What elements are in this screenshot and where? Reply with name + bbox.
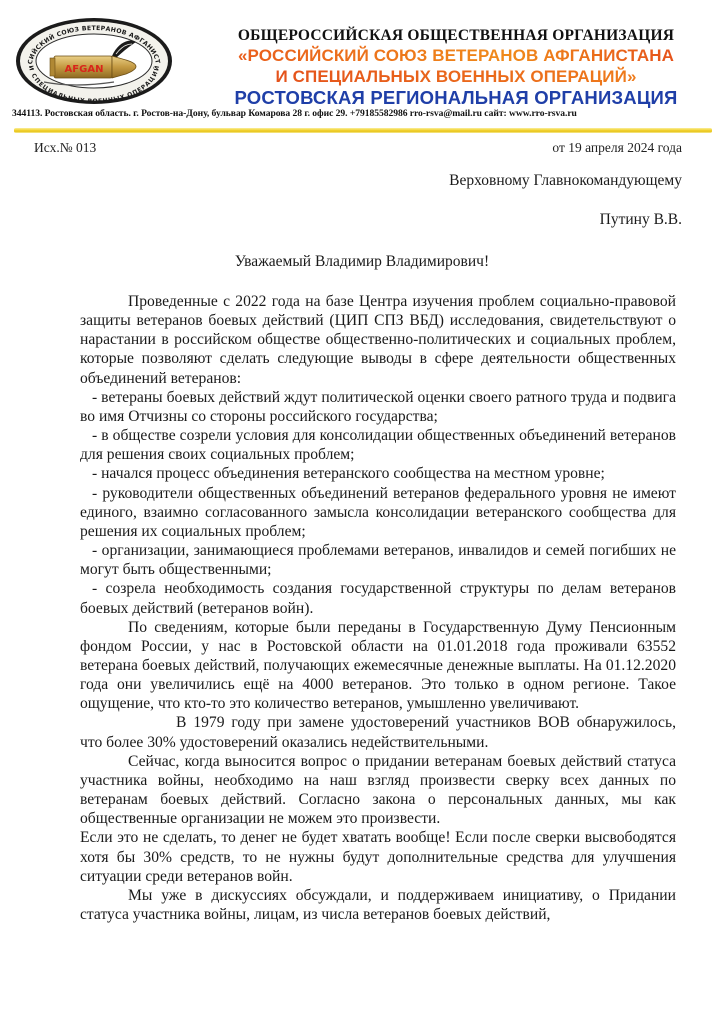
addressee-name: Путину В.В. (600, 211, 682, 229)
svg-text:AFGAN: AFGAN (65, 64, 104, 75)
contact-address: 344113. Ростовская область. г. Ростов-на… (12, 108, 712, 119)
org-name-line1: «РОССИЙСКИЙ СОЮЗ ВЕТЕРАНОВ АФГАНИСТАНА (196, 45, 716, 66)
paragraph-intro: Проведенные с 2022 года на базе Центра и… (80, 292, 676, 388)
organization-logo: РОССИЙСКИЙ СОЮЗ ВЕТЕРАНОВ АФГАНИСТАНА И … (14, 16, 174, 106)
bullet-item: - созрела необходимость создания государ… (80, 579, 676, 617)
organization-title-block: ОБЩЕРОССИЙСКАЯ ОБЩЕСТВЕННАЯ ОРГАНИЗАЦИЯ … (196, 26, 716, 109)
paragraph-history: В 1979 году при замене удостоверений уча… (80, 713, 676, 751)
org-type: ОБЩЕРОССИЙСКАЯ ОБЩЕСТВЕННАЯ ОРГАНИЗАЦИЯ (196, 26, 716, 45)
bullet-item: - организации, занимающиеся проблемами в… (80, 541, 676, 579)
bullet-item: - руководители общественных объединений … (80, 484, 676, 541)
header-divider (14, 128, 712, 133)
salutation: Уважаемый Владимир Владимирович! (0, 253, 724, 271)
org-name-line2: И СПЕЦИАЛЬНЫХ ВОЕННЫХ ОПЕРАЦИЙ» (196, 66, 716, 87)
bullet-item: - ветераны боевых действий ждут политиче… (80, 388, 676, 426)
bullet-item: - в обществе созрели условия для консоли… (80, 426, 676, 464)
paragraph-funding: Если это не сделать, то денег не будет х… (80, 828, 676, 885)
outgoing-reference-number: Исх.№ 013 (34, 140, 96, 156)
addressee-title: Верховному Главнокомандующему (449, 172, 682, 190)
bullet-item: - начался процесс объединения ветеранско… (80, 464, 676, 483)
regional-branch-name: РОСТОВСКАЯ РЕГИОНАЛЬНАЯ ОРГАНИЗАЦИЯ (196, 87, 716, 109)
letter-body: Проведенные с 2022 года на базе Центра и… (80, 292, 676, 924)
emblem-icon: РОССИЙСКИЙ СОЮЗ ВЕТЕРАНОВ АФГАНИСТАНА И … (14, 16, 174, 106)
paragraph-verification: Сейчас, когда выносится вопрос о придани… (80, 752, 676, 829)
paragraph-initiative: Мы уже в дискуссиях обсуждали, и поддерж… (80, 886, 676, 924)
letter-date: от 19 апреля 2024 года (552, 140, 682, 156)
paragraph-statistics: По сведениям, которые были переданы в Го… (80, 618, 676, 714)
letterhead: РОССИЙСКИЙ СОЮЗ ВЕТЕРАНОВ АФГАНИСТАНА И … (0, 0, 724, 140)
